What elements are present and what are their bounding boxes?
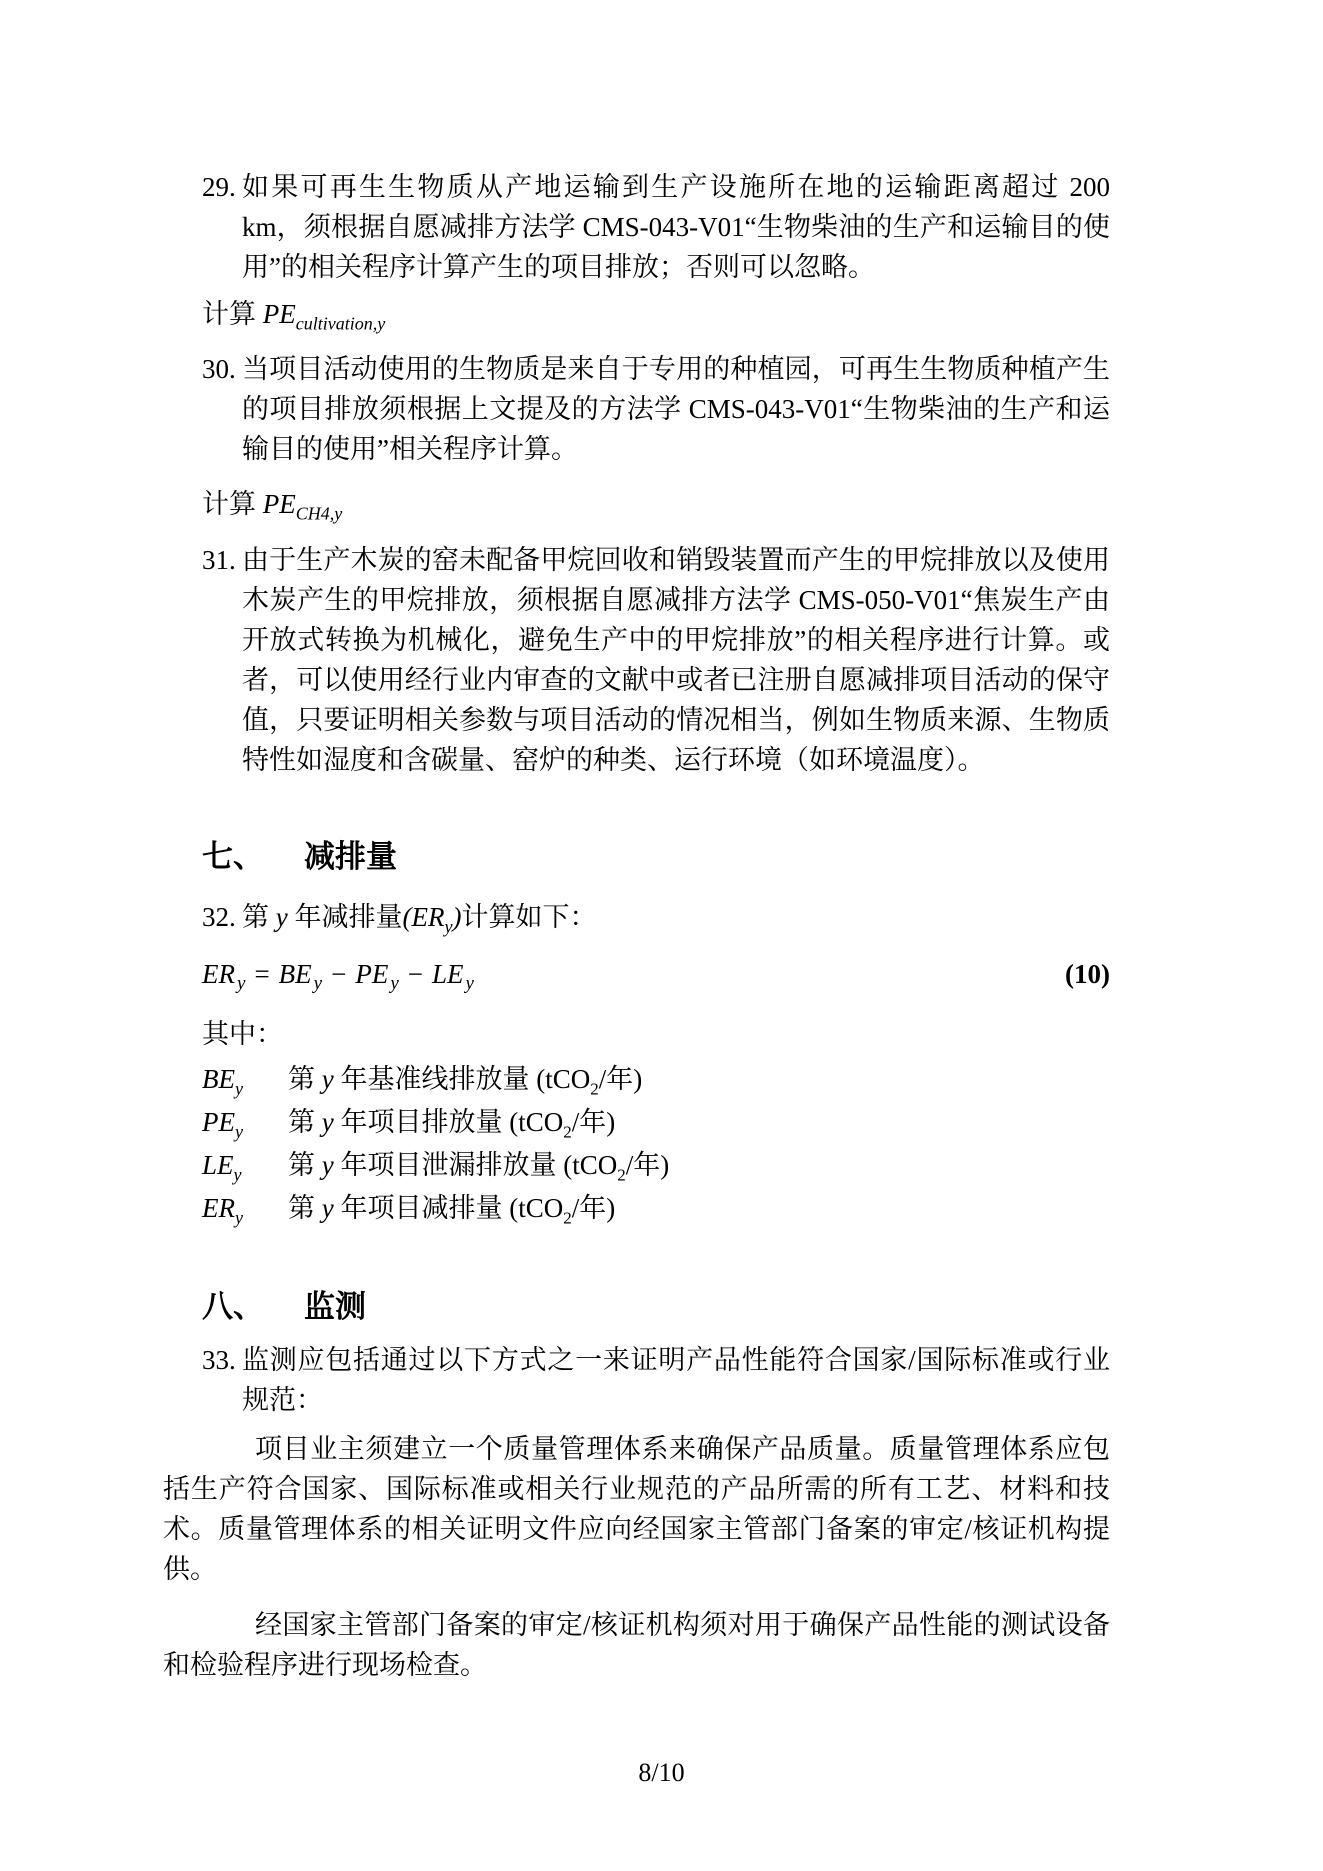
where-label: 其中： — [202, 1014, 1110, 1054]
equation-row: ERy=BEy−PEy−LEy (10) — [202, 954, 1110, 994]
item-text: 由于生产木炭的窑未配备甲烷回收和销毁装置而产生的甲烷排放以及使用木炭产生的甲烷排… — [242, 545, 1110, 775]
item-text: 监测应包括通过以下方式之一来证明产品性能符合国家/国际标准或行业规范： — [242, 1345, 1110, 1415]
variable-row: PEy 第 y 年项目排放量 (tCO2/年) — [202, 1101, 1110, 1144]
variable-y: y — [276, 902, 288, 932]
equation-10: ERy=BEy−PEy−LEy — [202, 954, 474, 994]
variable-definition: 第 y 年基准线排放量 (tCO2/年) — [288, 1058, 642, 1101]
list-item-29: 29. 如果可再生生物质从产地运输到生产设施所在地的运输距离超过 200 km，… — [163, 167, 1110, 287]
list-item-31: 31. 由于生产木炭的窑未配备甲烷回收和销毁装置而产生的甲烷排放以及使用木炭产生… — [163, 540, 1110, 780]
section-number: 七、 — [202, 839, 264, 874]
section-heading-7: 七、减排量 — [202, 834, 1110, 880]
list-item-33: 33. 监测应包括通过以下方式之一来证明产品性能符合国家/国际标准或行业规范： — [163, 1340, 1110, 1420]
variable-list: BEy 第 y 年基准线排放量 (tCO2/年) PEy 第 y 年项目排放量 … — [163, 1058, 1110, 1230]
calc-subscript: CH4,y — [296, 503, 343, 523]
calc-symbol: PE — [263, 489, 296, 519]
section-title: 减排量 — [304, 839, 397, 874]
calc-symbol: PE — [263, 299, 296, 329]
variable-symbol: ERy — [202, 1187, 288, 1230]
calc-label-pe-cultivation: 计算 PEcultivation,y — [202, 294, 1110, 334]
item-number: 30. — [202, 349, 236, 389]
variable-symbol: PEy — [202, 1101, 288, 1144]
item-number: 33. — [202, 1340, 236, 1380]
calc-prefix: 计算 — [202, 299, 263, 329]
variable-er: ER — [411, 902, 444, 932]
paragraph-quality-system: 项目业主须建立一个质量管理体系来确保产品质量。质量管理体系应包括生产符合国家、国… — [163, 1429, 1110, 1589]
list-item-32: 32. 第 y 年减排量(ERy)计算如下： — [163, 897, 1110, 937]
section-heading-8: 八、监测 — [202, 1284, 1110, 1330]
document-page: 29. 如果可再生生物质从产地运输到生产设施所在地的运输距离超过 200 km，… — [0, 0, 1323, 1871]
calc-label-pe-ch4: 计算 PECH4,y — [202, 484, 1110, 524]
equation-number: (10) — [1065, 954, 1110, 994]
item-number: 31. — [202, 540, 236, 580]
page-number: 8/10 — [0, 1758, 1323, 1788]
variable-symbol: BEy — [202, 1058, 288, 1101]
list-item-30: 30. 当项目活动使用的生物质是来自于专用的种植园，可再生生物质种植产生的项目排… — [163, 349, 1110, 469]
variable-row: ERy 第 y 年项目减排量 (tCO2/年) — [202, 1187, 1110, 1230]
section-number: 八、 — [202, 1289, 264, 1324]
variable-definition: 第 y 年项目减排量 (tCO2/年) — [288, 1187, 615, 1230]
variable-row: BEy 第 y 年基准线排放量 (tCO2/年) — [202, 1058, 1110, 1101]
variable-definition: 第 y 年项目泄漏排放量 (tCO2/年) — [288, 1144, 669, 1187]
item-text: 当项目活动使用的生物质是来自于专用的种植园，可再生生物质种植产生的项目排放须根据… — [242, 354, 1110, 464]
variable-row: LEy 第 y 年项目泄漏排放量 (tCO2/年) — [202, 1144, 1110, 1187]
item-text: 第 y 年减排量(ERy)计算如下： — [242, 902, 596, 932]
section-title: 监测 — [304, 1289, 366, 1324]
variable-definition: 第 y 年项目排放量 (tCO2/年) — [288, 1101, 615, 1144]
variable-symbol: LEy — [202, 1144, 288, 1187]
calc-subscript: cultivation,y — [296, 313, 385, 333]
item-number: 29. — [202, 167, 236, 207]
item-number: 32. — [202, 897, 236, 937]
calc-prefix: 计算 — [202, 489, 263, 519]
item-text: 如果可再生生物质从产地运输到生产设施所在地的运输距离超过 200 km，须根据自… — [242, 172, 1110, 282]
paragraph-onsite-inspection: 经国家主管部门备案的审定/核证机构须对用于确保产品性能的测试设备和检验程序进行现… — [163, 1605, 1110, 1685]
